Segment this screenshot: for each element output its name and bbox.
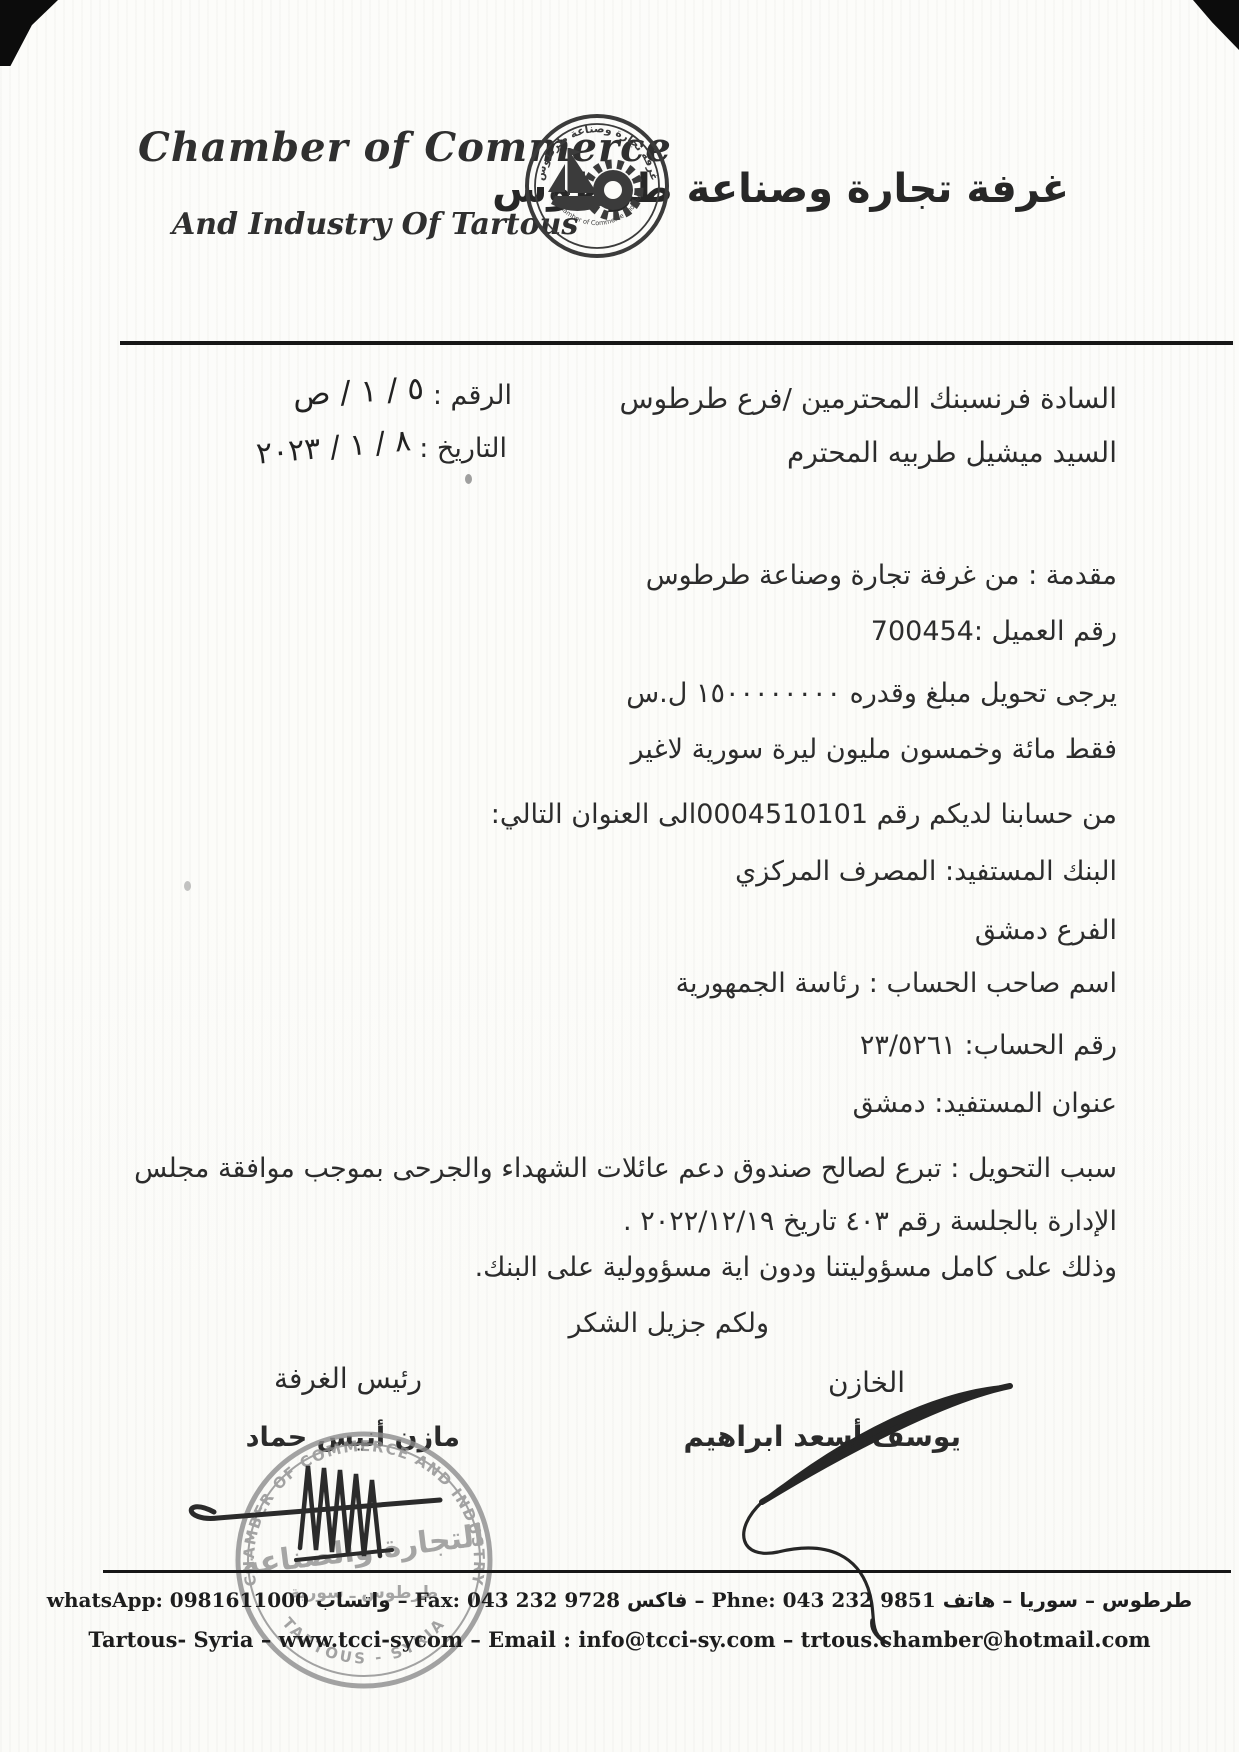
- reference-date-label: التاريخ :: [419, 433, 507, 464]
- english-org-title-line2: And Industry Of Tartous: [172, 207, 578, 242]
- chamber-logo-seal: غرفة تجارة وصناعة طرطوس Tartous Chamber …: [521, 108, 673, 264]
- body-line-account-number: رقم الحساب: ٢٣/٥٢٦١: [860, 1030, 1117, 1061]
- recipient-line-bank: السادة فرنسبنك المحترمين /فرع طرطوس: [619, 382, 1117, 415]
- footer-divider: [103, 1570, 1231, 1573]
- body-line-beneficiary-bank: البنك المستفيد: المصرف المركزي: [735, 856, 1117, 887]
- body-line-account-owner: اسم صاحب الحساب : رئاسة الجمهورية: [676, 968, 1117, 999]
- body-line-transfer-reason: سبب التحويل : تبرع لصالح صندوق دعم عائلا…: [112, 1142, 1117, 1248]
- recipient-line-person: السيد ميشيل طربيه المحترم: [787, 436, 1117, 469]
- footer-contact-line-arabic: طرطوس – سوريا – هاتف Phne: 043 232 9851 …: [0, 1588, 1239, 1612]
- body-line-branch: الفرع دمشق: [975, 915, 1117, 946]
- body-line-thanks: ولكم جزيل الشكر: [569, 1308, 769, 1339]
- header-divider: [120, 341, 1233, 345]
- scan-speck: [184, 881, 191, 891]
- reference-date-handwritten-value: ٨ ‏/ ‏١ ‏/ ‏٢٠٢٣: [254, 423, 412, 471]
- president-signature-ink: [168, 1438, 498, 1608]
- body-line-beneficiary-address: عنوان المستفيد: دمشق: [853, 1088, 1117, 1119]
- reference-number-label: الرقم :: [433, 380, 512, 411]
- reference-date-line: التاريخ : ٨ ‏/ ‏١ ‏/ ‏٢٠٢٣: [256, 430, 507, 465]
- footer-contact-line-english: Tartous- Syria – www.tcci-sycom – Email …: [0, 1627, 1239, 1652]
- body-line-from-account: من حسابنا لديكم رقم 0004510101الى العنوا…: [491, 799, 1117, 830]
- body-line-responsibility: وذلك على كامل مسؤوليتنا ودون اية مسؤوولي…: [475, 1252, 1117, 1283]
- body-line-client-number: رقم العميل :700454: [871, 616, 1117, 647]
- scan-artifact-top-left-corner: [0, 0, 58, 66]
- scan-speck: [465, 474, 472, 484]
- treasurer-signature-ink: [700, 1368, 1045, 1663]
- scanned-letter-page: Chamber of Commerce And Industry Of Tart…: [0, 0, 1239, 1752]
- body-line-transfer-amount: يرجى تحويل مبلغ وقدره ١٥٠٠٠٠٠٠٠٠ ل.س: [626, 678, 1117, 709]
- president-title: رئيس الغرفة: [248, 1362, 448, 1395]
- scan-artifact-top-right-corner: [1193, 0, 1239, 50]
- body-line-amount-in-words: فقط مائة وخمسون مليون ليرة سورية لاغير: [631, 734, 1117, 765]
- reference-number-line: الرقم : ٥ ‏/ ‏١ ‏/ ‏ص: [293, 376, 512, 412]
- body-line-introduced-by: مقدمة : من غرفة تجارة وصناعة طرطوس: [646, 560, 1117, 591]
- reference-number-handwritten-value: ٥ ‏/ ‏١ ‏/ ‏ص: [292, 371, 425, 414]
